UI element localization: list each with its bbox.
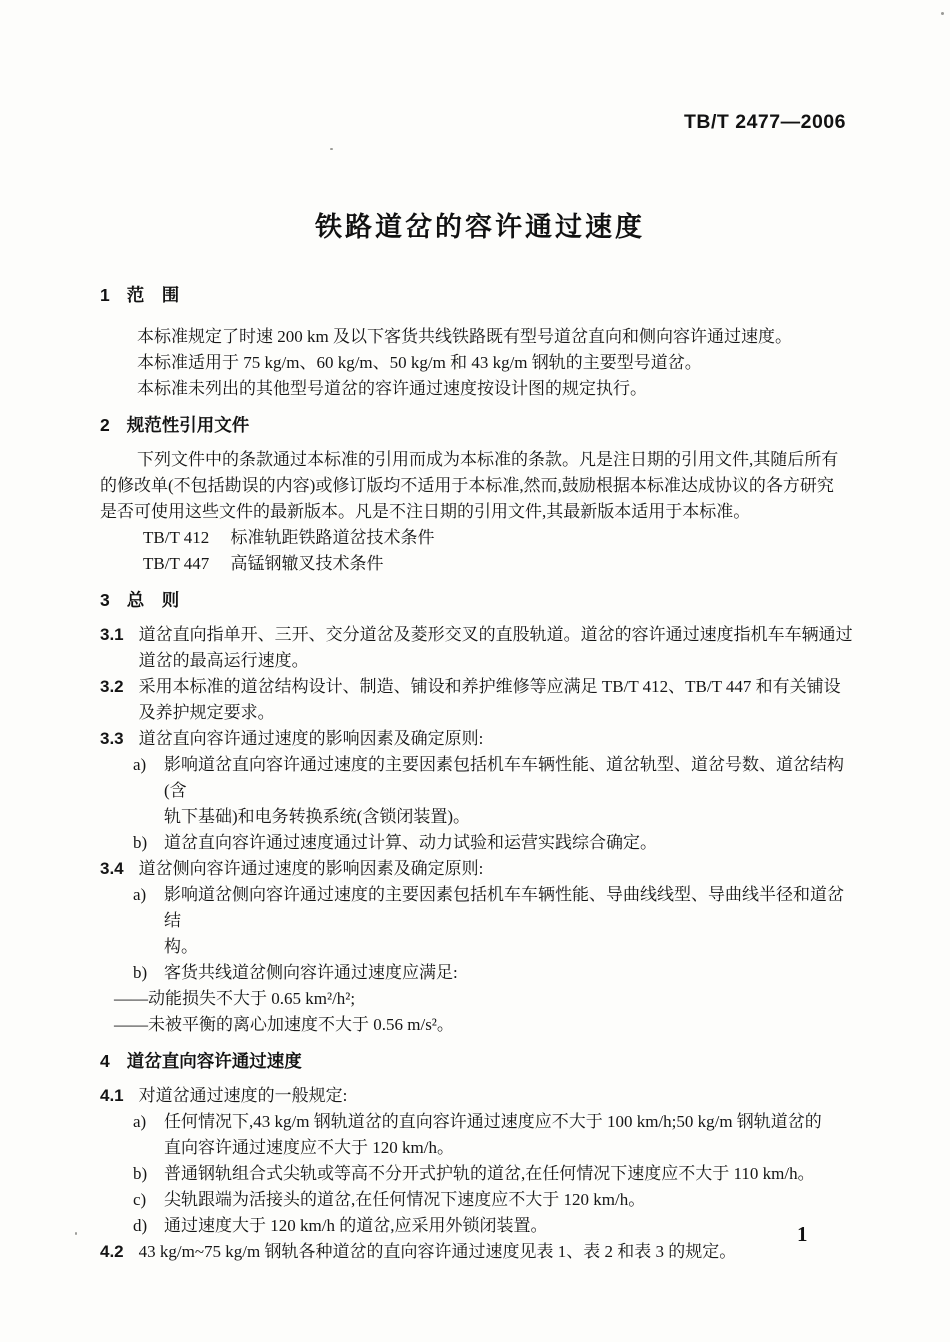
scope-paragraph-2: 本标准适用于 75 kg/m、60 kg/m、50 kg/m 和 43 kg/m…: [100, 350, 860, 376]
scan-speck: [941, 12, 944, 15]
clause-4-1-item-b: b)普通钢轨组合式尖轨或等高不分开式护轨的道岔,在任何情况下速度应不大于 110…: [100, 1161, 860, 1187]
section-4-straight-speed: 4 道岔直向容许通过速度 4.1对道岔通过速度的一般规定: a)任何情况下,43…: [100, 1048, 860, 1265]
item-b-label: b): [133, 1161, 164, 1187]
item-a-label: a): [133, 752, 164, 830]
clause-3-2: 3.2采用本标准的道岔结构设计、制造、铺设和养护维修等应满足 TB/T 412、…: [100, 674, 860, 726]
item-a-label: a): [133, 882, 164, 960]
section-4-heading: 4 道岔直向容许通过速度: [100, 1048, 860, 1074]
section-2-number: 2: [100, 412, 110, 438]
clause-3-2-number: 3.2: [100, 674, 124, 726]
item-b-label: b): [133, 960, 164, 986]
clause-3-3-item-a: a)影响道岔直向容许通过速度的主要因素包括机车车辆性能、道岔轨型、道岔号数、道岔…: [100, 752, 860, 830]
clause-4-1: 4.1对道岔通过速度的一般规定:: [100, 1083, 860, 1109]
item-c-label: c): [133, 1187, 164, 1213]
page-number: 1: [797, 1222, 808, 1247]
section-2-normative-references: 2 规范性引用文件 下列文件中的条款通过本标准的引用而成为本标准的条款。凡是注日…: [100, 412, 860, 577]
clause-3-3-item-b: b)道岔直向容许通过速度通过计算、动力试验和运营实践综合确定。: [100, 830, 860, 856]
dash-item-centrifugal-acceleration: ——未被平衡的离心加速度不大于 0.56 m/s²。: [114, 1012, 860, 1038]
scan-speck: [330, 148, 333, 150]
section-1-title: 范 围: [127, 282, 180, 308]
item-a-text: 任何情况下,43 kg/m 钢轨道岔的直向容许通过速度应不大于 100 km/h…: [164, 1109, 860, 1161]
item-b-text: 普通钢轨组合式尖轨或等高不分开式护轨的道岔,在任何情况下速度应不大于 110 k…: [164, 1161, 860, 1187]
clause-4-1-number: 4.1: [100, 1083, 124, 1109]
clause-3-2-text: 采用本标准的道岔结构设计、制造、铺设和养护维修等应满足 TB/T 412、TB/…: [139, 674, 860, 726]
page-content: 铁路道岔的容许通过速度 1 范 围 本标准规定了时速 200 km 及以下客货共…: [100, 0, 860, 1265]
section-1-scope: 1 范 围 本标准规定了时速 200 km 及以下客货共线铁路既有型号道岔直向和…: [100, 282, 860, 402]
section-1-number: 1: [100, 282, 110, 308]
scope-paragraph-3: 本标准未列出的其他型号道岔的容许通过速度按设计图的规定执行。: [100, 376, 860, 402]
clause-3-1-text: 道岔直向指单开、三开、交分道岔及菱形交叉的直股轨道。道岔的容许通过速度指机车车辆…: [139, 622, 860, 674]
clause-3-3-text: 道岔直向容许通过速度的影响因素及确定原则:: [139, 726, 860, 752]
references-intro-paragraph: 下列文件中的条款通过本标准的引用而成为本标准的条款。凡是注日期的引用文件,其随后…: [100, 447, 860, 525]
clause-4-2-text: 43 kg/m~75 kg/m 钢轨各种道岔的直向容许通过速度见表 1、表 2 …: [139, 1239, 860, 1265]
clause-4-2-number: 4.2: [100, 1239, 124, 1265]
clause-3-4-item-a: a)影响道岔侧向容许通过速度的主要因素包括机车车辆性能、导曲线线型、导曲线半径和…: [100, 882, 860, 960]
item-b-label: b): [133, 830, 164, 856]
section-2-title: 规范性引用文件: [127, 412, 250, 438]
item-a-text: 影响道岔侧向容许通过速度的主要因素包括机车车辆性能、导曲线线型、导曲线半径和道岔…: [164, 882, 860, 960]
item-a-text: 影响道岔直向容许通过速度的主要因素包括机车车辆性能、道岔轨型、道岔号数、道岔结构…: [164, 752, 860, 830]
scanned-document-page: TB/T 2477—2006 铁路道岔的容许通过速度 1 范 围 本标准规定了时…: [0, 0, 950, 1342]
document-title: 铁路道岔的容许通过速度: [100, 205, 860, 244]
clause-3-1-number: 3.1: [100, 622, 124, 674]
section-3-title: 总 则: [127, 587, 180, 613]
section-4-number: 4: [100, 1048, 110, 1074]
section-1-heading: 1 范 围: [100, 282, 860, 308]
item-c-text: 尖轨跟端为活接头的道岔,在任何情况下速度应不大于 120 km/h。: [164, 1187, 860, 1213]
item-b-text: 道岔直向容许通过速度通过计算、动力试验和运营实践综合确定。: [164, 830, 860, 856]
clause-4-1-item-c: c)尖轨跟端为活接头的道岔,在任何情况下速度应不大于 120 km/h。: [100, 1187, 860, 1213]
clause-3-4-number: 3.4: [100, 856, 124, 882]
section-3-number: 3: [100, 587, 110, 613]
section-3-general-rules: 3 总 则 3.1道岔直向指单开、三开、交分道岔及菱形交叉的直股轨道。道岔的容许…: [100, 587, 860, 1038]
scan-speck: [75, 1232, 77, 1235]
item-a-label: a): [133, 1109, 164, 1161]
section-4-title: 道岔直向容许通过速度: [127, 1048, 302, 1074]
clause-3-4: 3.4道岔侧向容许通过速度的影响因素及确定原则:: [100, 856, 860, 882]
scope-paragraph-1: 本标准规定了时速 200 km 及以下客货共线铁路既有型号道岔直向和侧向容许通过…: [100, 324, 860, 350]
item-b-text: 客货共线道岔侧向容许通过速度应满足:: [164, 960, 860, 986]
clause-3-4-item-b: b)客货共线道岔侧向容许通过速度应满足:: [100, 960, 860, 986]
dash-item-kinetic-energy-loss: ——动能损失不大于 0.65 km²/h²;: [114, 986, 860, 1012]
clause-4-1-item-a: a)任何情况下,43 kg/m 钢轨道岔的直向容许通过速度应不大于 100 km…: [100, 1109, 860, 1161]
item-d-text: 通过速度大于 120 km/h 的道岔,应采用外锁闭装置。: [164, 1213, 860, 1239]
reference-tbt-412: TB/T 412 标准轨距铁路道岔技术条件: [143, 525, 860, 551]
clause-3-4-text: 道岔侧向容许通过速度的影响因素及确定原则:: [139, 856, 860, 882]
clause-4-1-item-d: d)通过速度大于 120 km/h 的道岔,应采用外锁闭装置。: [100, 1213, 860, 1239]
clause-3-3: 3.3道岔直向容许通过速度的影响因素及确定原则:: [100, 726, 860, 752]
section-3-heading: 3 总 则: [100, 587, 860, 613]
clause-3-3-number: 3.3: [100, 726, 124, 752]
section-2-heading: 2 规范性引用文件: [100, 412, 860, 438]
item-d-label: d): [133, 1213, 164, 1239]
reference-tbt-447: TB/T 447 高锰钢辙叉技术条件: [143, 551, 860, 577]
clause-3-1: 3.1道岔直向指单开、三开、交分道岔及菱形交叉的直股轨道。道岔的容许通过速度指机…: [100, 622, 860, 674]
clause-4-2: 4.243 kg/m~75 kg/m 钢轨各种道岔的直向容许通过速度见表 1、表…: [100, 1239, 860, 1265]
clause-4-1-text: 对道岔通过速度的一般规定:: [139, 1083, 860, 1109]
